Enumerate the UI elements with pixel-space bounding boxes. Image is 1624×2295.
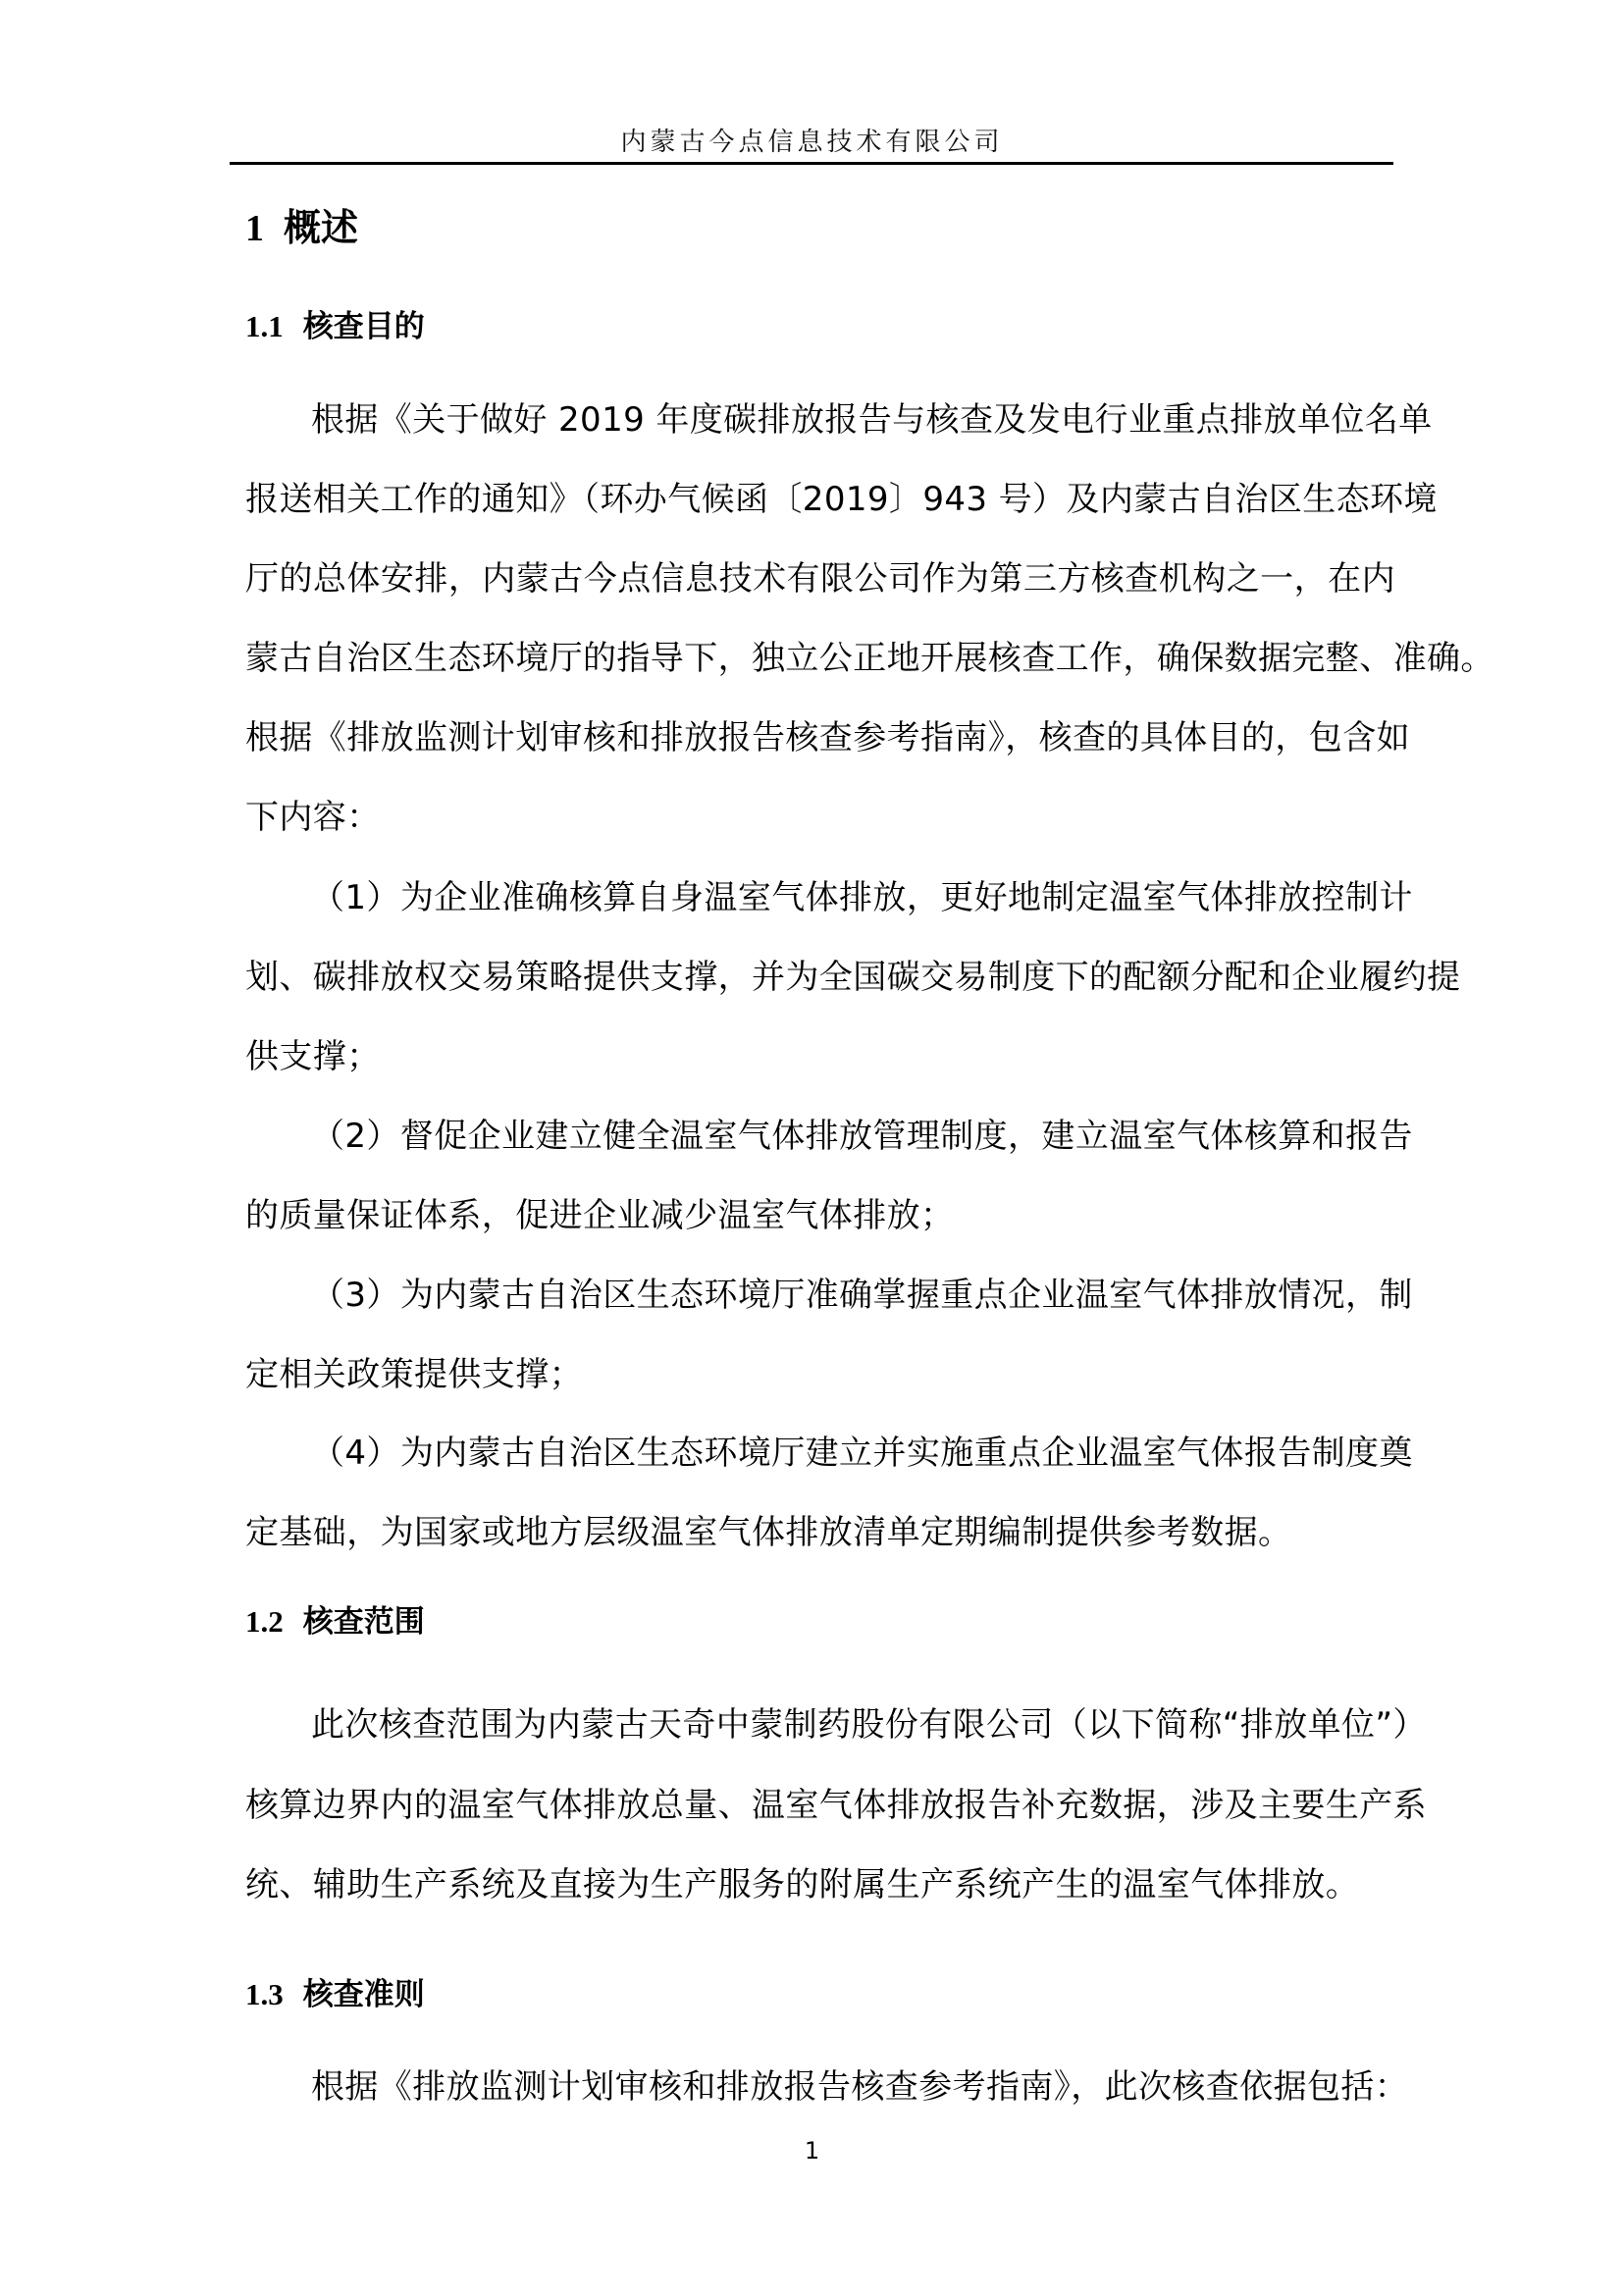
heading-title: 核查准则: [303, 1977, 425, 2012]
page-header-company: 内蒙古今点信息技术有限公司: [0, 122, 1624, 158]
paragraph-line: 根据《关于做好 2019 年度碳排放报告与核查及发电行业重点排放单位名单: [245, 398, 1395, 442]
paragraph-line: 厅的总体安排，内蒙古今点信息技术有限公司作为第三方核查机构之一，在内: [245, 557, 1395, 600]
page-number: 1: [0, 2137, 1624, 2165]
heading-title: 核查目的: [303, 309, 425, 344]
paragraph-line: 蒙古自治区生态环境厅的指导下，独立公正地开展核查工作，确保数据完整、准确。: [245, 637, 1395, 680]
list-item-line: 的质量保证体系，促进企业减少温室气体排放；: [245, 1194, 1395, 1237]
list-item-line: 供支撑；: [245, 1035, 1395, 1078]
heading-number: 1.2: [245, 1604, 284, 1639]
list-item-line: （1）为企业准确核算自身温室气体排放，更好地制定温室气体排放控制计: [245, 876, 1395, 919]
paragraph-line: 根据《排放监测计划审核和排放报告核查参考指南》，核查的具体目的，包含如: [245, 716, 1395, 759]
list-item-line: 定基础，为国家或地方层级温室气体排放清单定期编制提供参考数据。: [245, 1511, 1395, 1554]
paragraph-line: 此次核查范围为内蒙古天奇中蒙制药股份有限公司（以下简称“排放单位”）: [245, 1703, 1395, 1747]
paragraph-line: 核算边界内的温室气体排放总量、温室气体排放报告补充数据，涉及主要生产系: [245, 1784, 1395, 1827]
paragraph-line: 统、辅助生产系统及直接为生产服务的附属生产系统产生的温室气体排放。: [245, 1863, 1395, 1906]
heading-section-1-1: 1.1核查目的: [245, 307, 425, 346]
heading-title: 概述: [284, 206, 358, 249]
document-page: 内蒙古今点信息技术有限公司 1概述 1.1核查目的 根据《关于做好 2019 年…: [0, 0, 1624, 2295]
heading-number: 1.3: [245, 1977, 284, 2011]
heading-title: 核查范围: [303, 1604, 425, 1640]
list-item-line: （3）为内蒙古自治区生态环境厅准确掌握重点企业温室气体排放情况，制: [245, 1274, 1395, 1317]
heading-section-1-3: 1.3核查准则: [245, 1975, 425, 2014]
paragraph-line: 报送相关工作的通知》（环办气候函〔2019〕943 号）及内蒙古自治区生态环境: [245, 478, 1395, 521]
list-item-line: 定相关政策提供支撑；: [245, 1353, 1395, 1396]
paragraph-line: 下内容：: [245, 796, 1395, 839]
heading-section-1-2: 1.2核查范围: [245, 1602, 425, 1642]
heading-number: 1.1: [245, 309, 284, 343]
paragraph-line: 根据《排放监测计划审核和排放报告核查参考指南》，此次核查依据包括：: [245, 2065, 1395, 2109]
heading-section-1: 1概述: [245, 204, 358, 252]
header-divider: [230, 162, 1393, 165]
list-item-line: （2）督促企业建立健全温室气体排放管理制度，建立温室气体核算和报告: [245, 1115, 1395, 1158]
list-item-line: 划、碳排放权交易策略提供支撑，并为全国碳交易制度下的配额分配和企业履约提: [245, 956, 1395, 999]
heading-number: 1: [245, 208, 264, 249]
list-item-line: （4）为内蒙古自治区生态环境厅建立并实施重点企业温室气体报告制度奠: [245, 1432, 1395, 1475]
